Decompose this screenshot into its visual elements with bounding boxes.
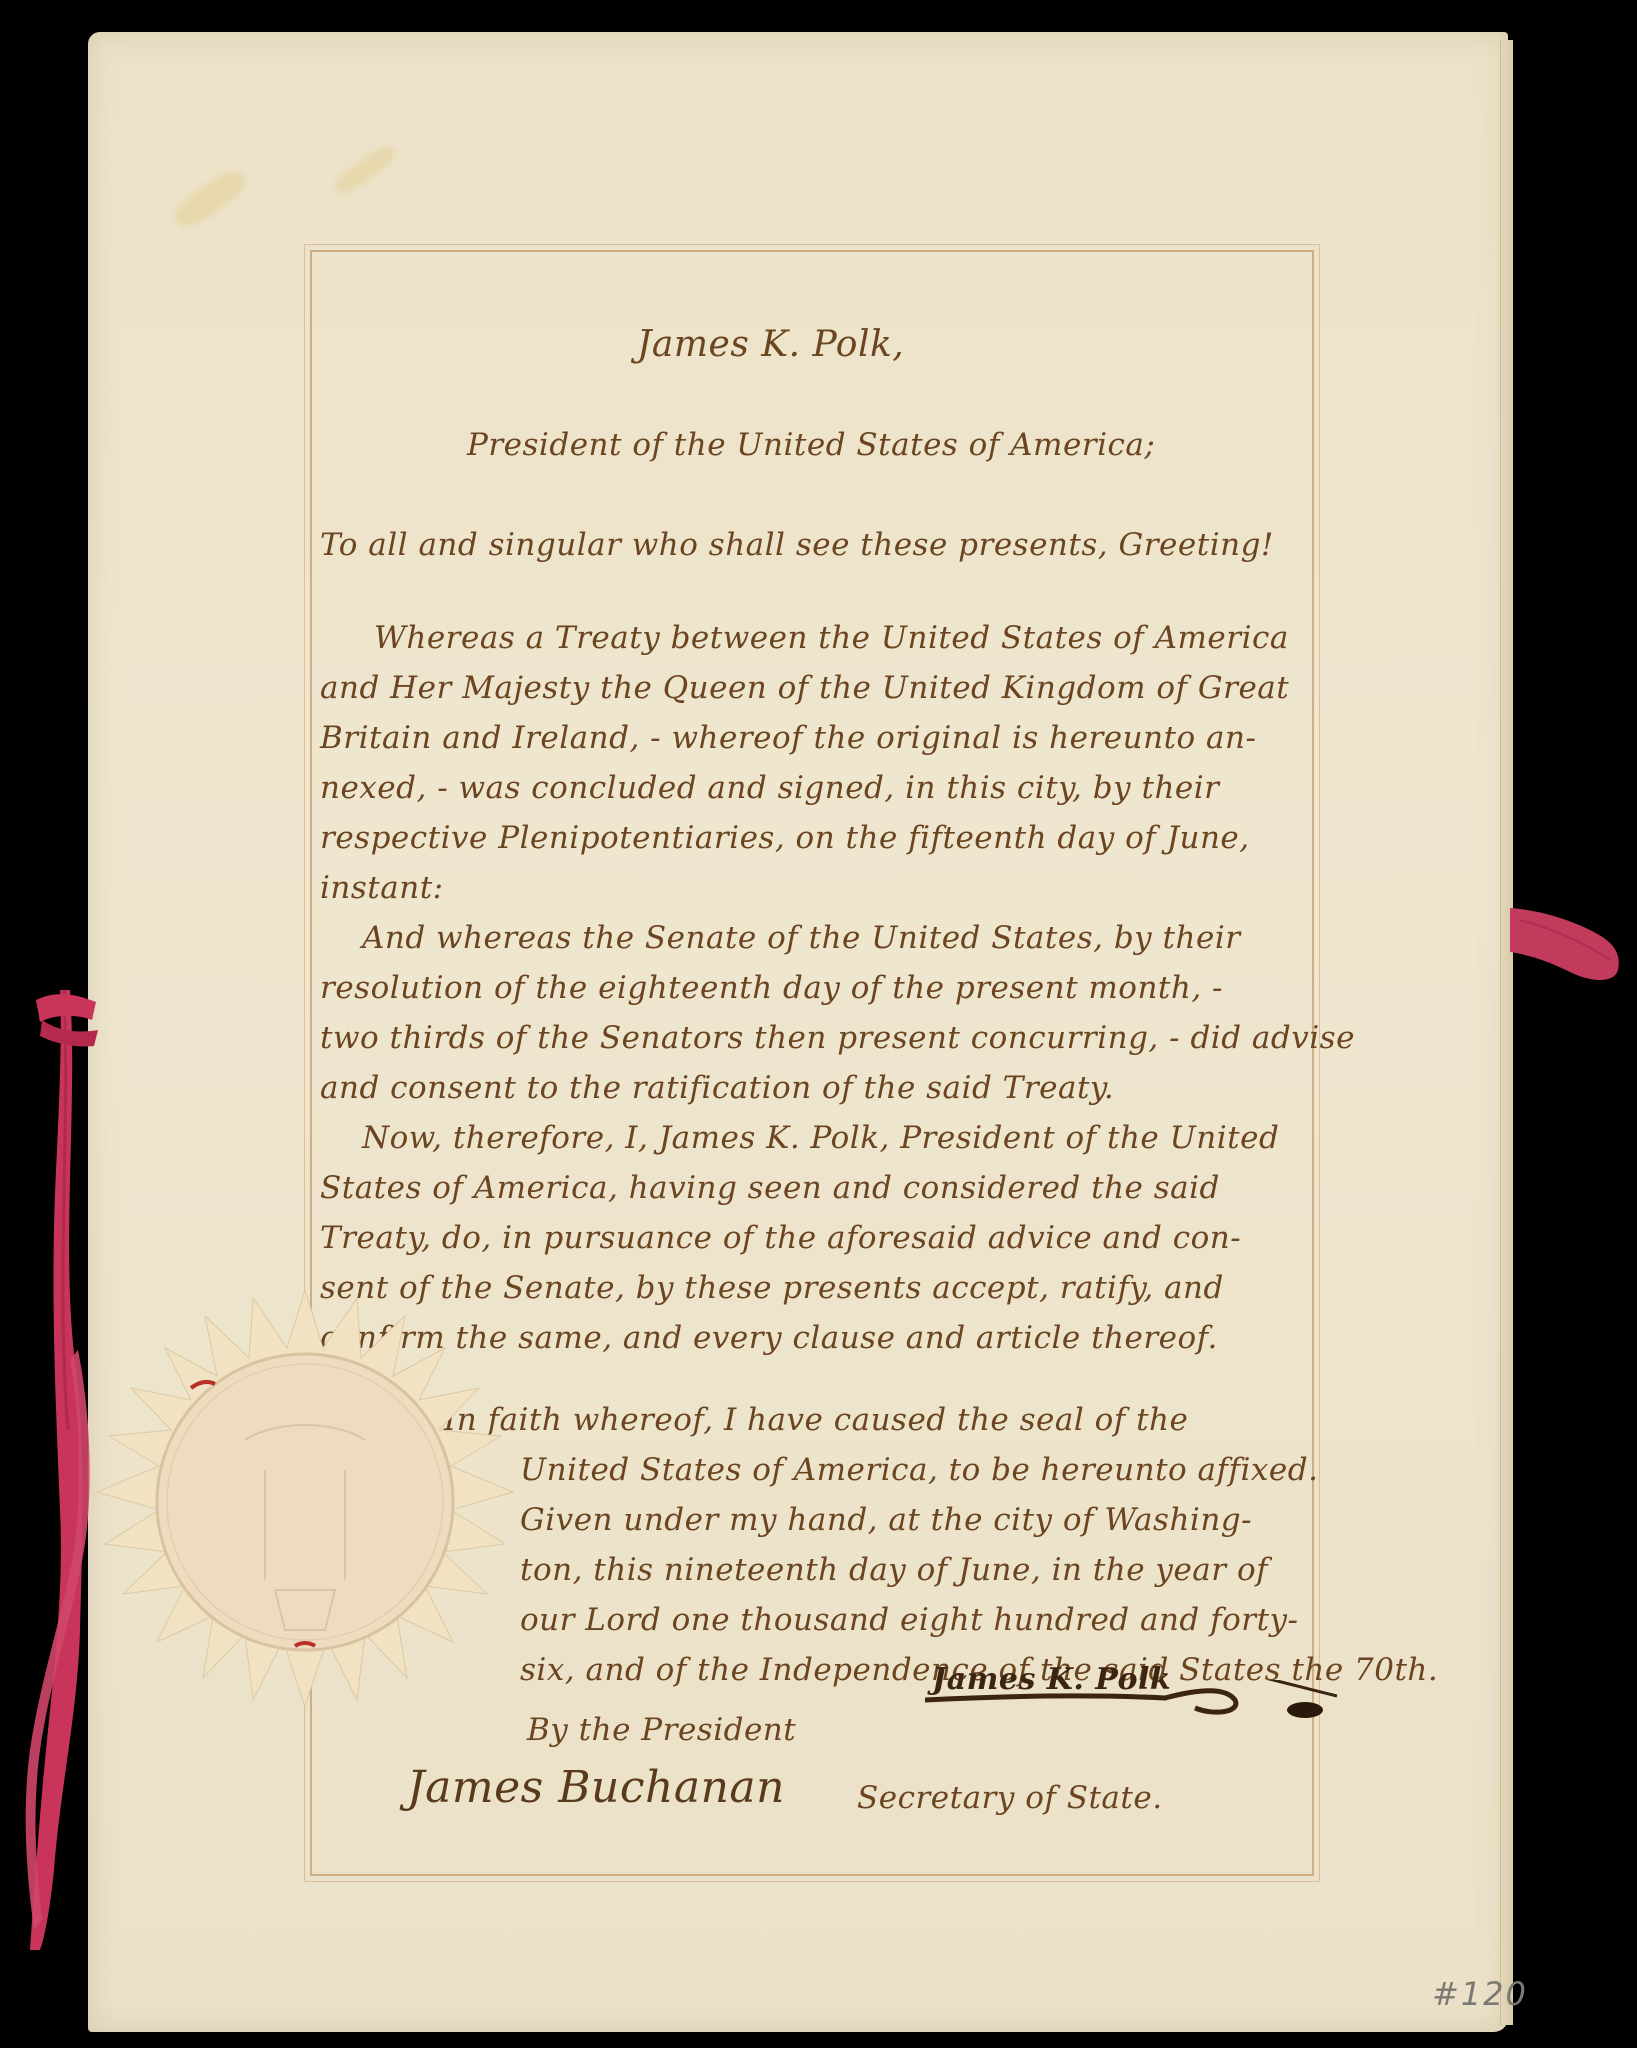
body-line: resolution of the eighteenth day of the …: [320, 970, 1223, 1006]
ribbon-knot-icon: [36, 990, 106, 1050]
body-line: nexed, - was concluded and signed, in th…: [320, 770, 1219, 806]
body-line: States of America, having seen and consi…: [320, 1170, 1220, 1206]
heading-title: President of the United States of Americ…: [467, 427, 1155, 463]
body-line: Britain and Ireland, - whereof the origi…: [320, 720, 1256, 756]
attestation-line: ton, this nineteenth day of June, in the…: [520, 1552, 1268, 1588]
body-line: Whereas a Treaty between the United Stat…: [374, 620, 1289, 656]
page-edge: [1500, 40, 1513, 2025]
body-line: and consent to the ratification of the s…: [320, 1070, 1114, 1106]
secretary-signature: James Buchanan: [407, 1762, 785, 1813]
attestation-line: our Lord one thousand eight hundred and …: [520, 1602, 1299, 1638]
seal-icon: [95, 1290, 515, 1710]
signature-flourish-icon: [925, 1680, 1345, 1740]
body-line: Now, therefore, I, James K. Polk, Presid…: [362, 1120, 1279, 1156]
attestation-line: Given under my hand, at the city of Wash…: [520, 1502, 1252, 1538]
body-line: respective Plenipotentiaries, on the fif…: [320, 820, 1250, 856]
attestation-line: United States of America, to be hereunto…: [520, 1452, 1318, 1488]
ribbon-left-icon: [20, 990, 100, 1950]
body-line: And whereas the Senate of the United Sta…: [362, 920, 1241, 956]
catalog-number: #120: [1432, 1975, 1528, 2013]
body-line: and Her Majesty the Queen of the United …: [320, 670, 1289, 706]
body-line: Treaty, do, in pursuance of the aforesai…: [320, 1220, 1241, 1256]
body-line: two thirds of the Senators then present …: [320, 1020, 1355, 1056]
body-line: instant:: [320, 870, 444, 906]
greeting: To all and singular who shall see these …: [320, 527, 1274, 563]
ribbon-right-icon: [1510, 900, 1630, 990]
attestation-line: In faith whereof, I have caused the seal…: [444, 1402, 1188, 1438]
heading-name: James K. Polk,: [637, 324, 904, 365]
secretary-title: Secretary of State.: [857, 1780, 1163, 1816]
by-the-president: By the President: [527, 1712, 796, 1748]
